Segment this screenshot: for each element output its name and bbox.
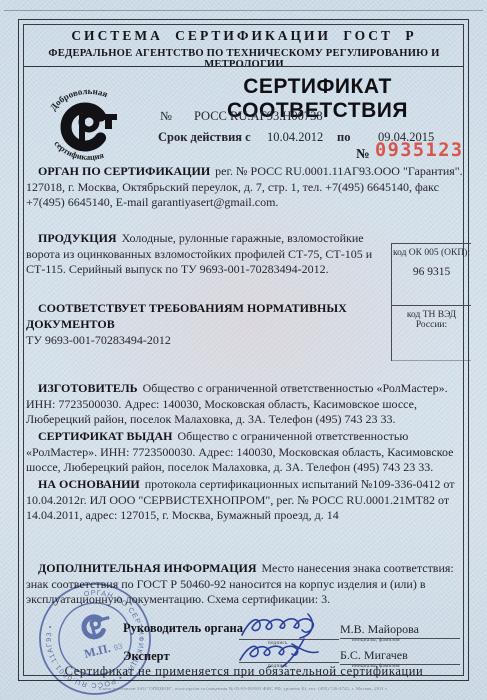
basis-label: НА ОСНОВАНИИ [38,477,140,491]
okp-code-label: код ОК 005 (ОКП): [392,244,471,258]
certificate-page: СИСТЕМА СЕРТИФИКАЦИИ ГОСТ Р ФЕДЕРАЛЬНОЕ … [0,0,487,700]
okp-code-box: код ОК 005 (ОКП): 96 9315 [392,243,471,306]
blank-printer-note: Бланк изготовлен ЗАО "ОПЦИОН", www.opcio… [0,686,487,691]
rst-certification-mark-icon: Добровольная сертификация [40,86,138,170]
certification-body-label: ОРГАН ПО СЕРТИФИКАЦИИ [38,164,210,178]
conformity-label: СООТВЕТСТВУЕТ ТРЕБОВАНИЯМ НОРМАТИВНЫХ ДО… [26,300,386,332]
certification-system-heading: СИСТЕМА СЕРТИФИКАЦИИ ГОСТ Р [30,28,458,44]
number-sign: № [160,109,172,123]
tnved-code-value [392,330,471,338]
product-label: ПРОДУКЦИЯ [38,231,117,245]
validity-label: Срок действия с [158,130,251,145]
tnved-code-label: код ТН ВЭД России: [392,306,471,330]
rst-glyph [66,108,117,146]
conformity-section: СООТВЕТСТВУЕТ ТРЕБОВАНИЯМ НОРМАТИВНЫХ ДО… [26,300,386,348]
blank-number-sign: № [356,146,370,162]
scan-edge-line [4,10,483,11]
manufacturer-section: ИЗГОТОВИТЕЛЬОбщество с ограниченной отве… [26,381,463,428]
valid-to-label: по [337,130,350,145]
expert-name: Б.С. Мигачев [340,648,460,665]
footer-note: Сертификат не применяется при обязательн… [26,664,462,679]
codes-column: код ОК 005 (ОКП): 96 9315 код ТН ВЭД Рос… [391,243,471,361]
stamp-center-text: М.П. [83,641,112,661]
certification-body-section: ОРГАН ПО СЕРТИФИКАЦИИрег. № РОСС RU.0001… [26,164,463,211]
blank-number-red: 0935123 [375,140,463,161]
expert-role: Эксперт [123,649,170,664]
expert-signature-line [239,662,339,663]
head-name: М.В. Майорова [340,622,460,639]
tnved-code-box: код ТН ВЭД России: [392,306,471,361]
conformity-text: ТУ 9693-001-70283494-2012 [26,333,171,347]
certificate-number-row: №РОСС RU.АГ93.Н00738 [160,109,323,124]
certificate-number: РОСС RU.АГ93.Н00738 [194,109,323,123]
product-section: ПРОДУКЦИЯХолодные, рулонные гаражные, вз… [26,231,386,278]
okp-code-value: 96 9315 [392,258,471,278]
issued-to-section: СЕРТИФИКАТ ВЫДАНОбщество с ограниченной … [26,429,463,476]
round-stamp: ОРГАН ПО СЕРТИФИКАЦИИ • РОСС RU.0001.11А… [32,578,158,700]
basis-section: НА ОСНОВАНИИпротокола сертификационных и… [26,477,463,524]
additional-info-label: ДОПОЛНИТЕЛЬНАЯ ИНФОРМАЦИЯ [38,561,257,575]
manufacturer-label: ИЗГОТОВИТЕЛЬ [38,381,138,395]
header-divider [24,66,463,67]
valid-from-date: 10.04.2012 [267,130,323,145]
stamp-rst-glyph [82,613,113,639]
head-name-caption: инициалы, фамилия [352,638,400,643]
head-of-body-role: Руководитель органа [123,621,243,636]
issued-to-label: СЕРТИФИКАТ ВЫДАН [38,429,172,443]
